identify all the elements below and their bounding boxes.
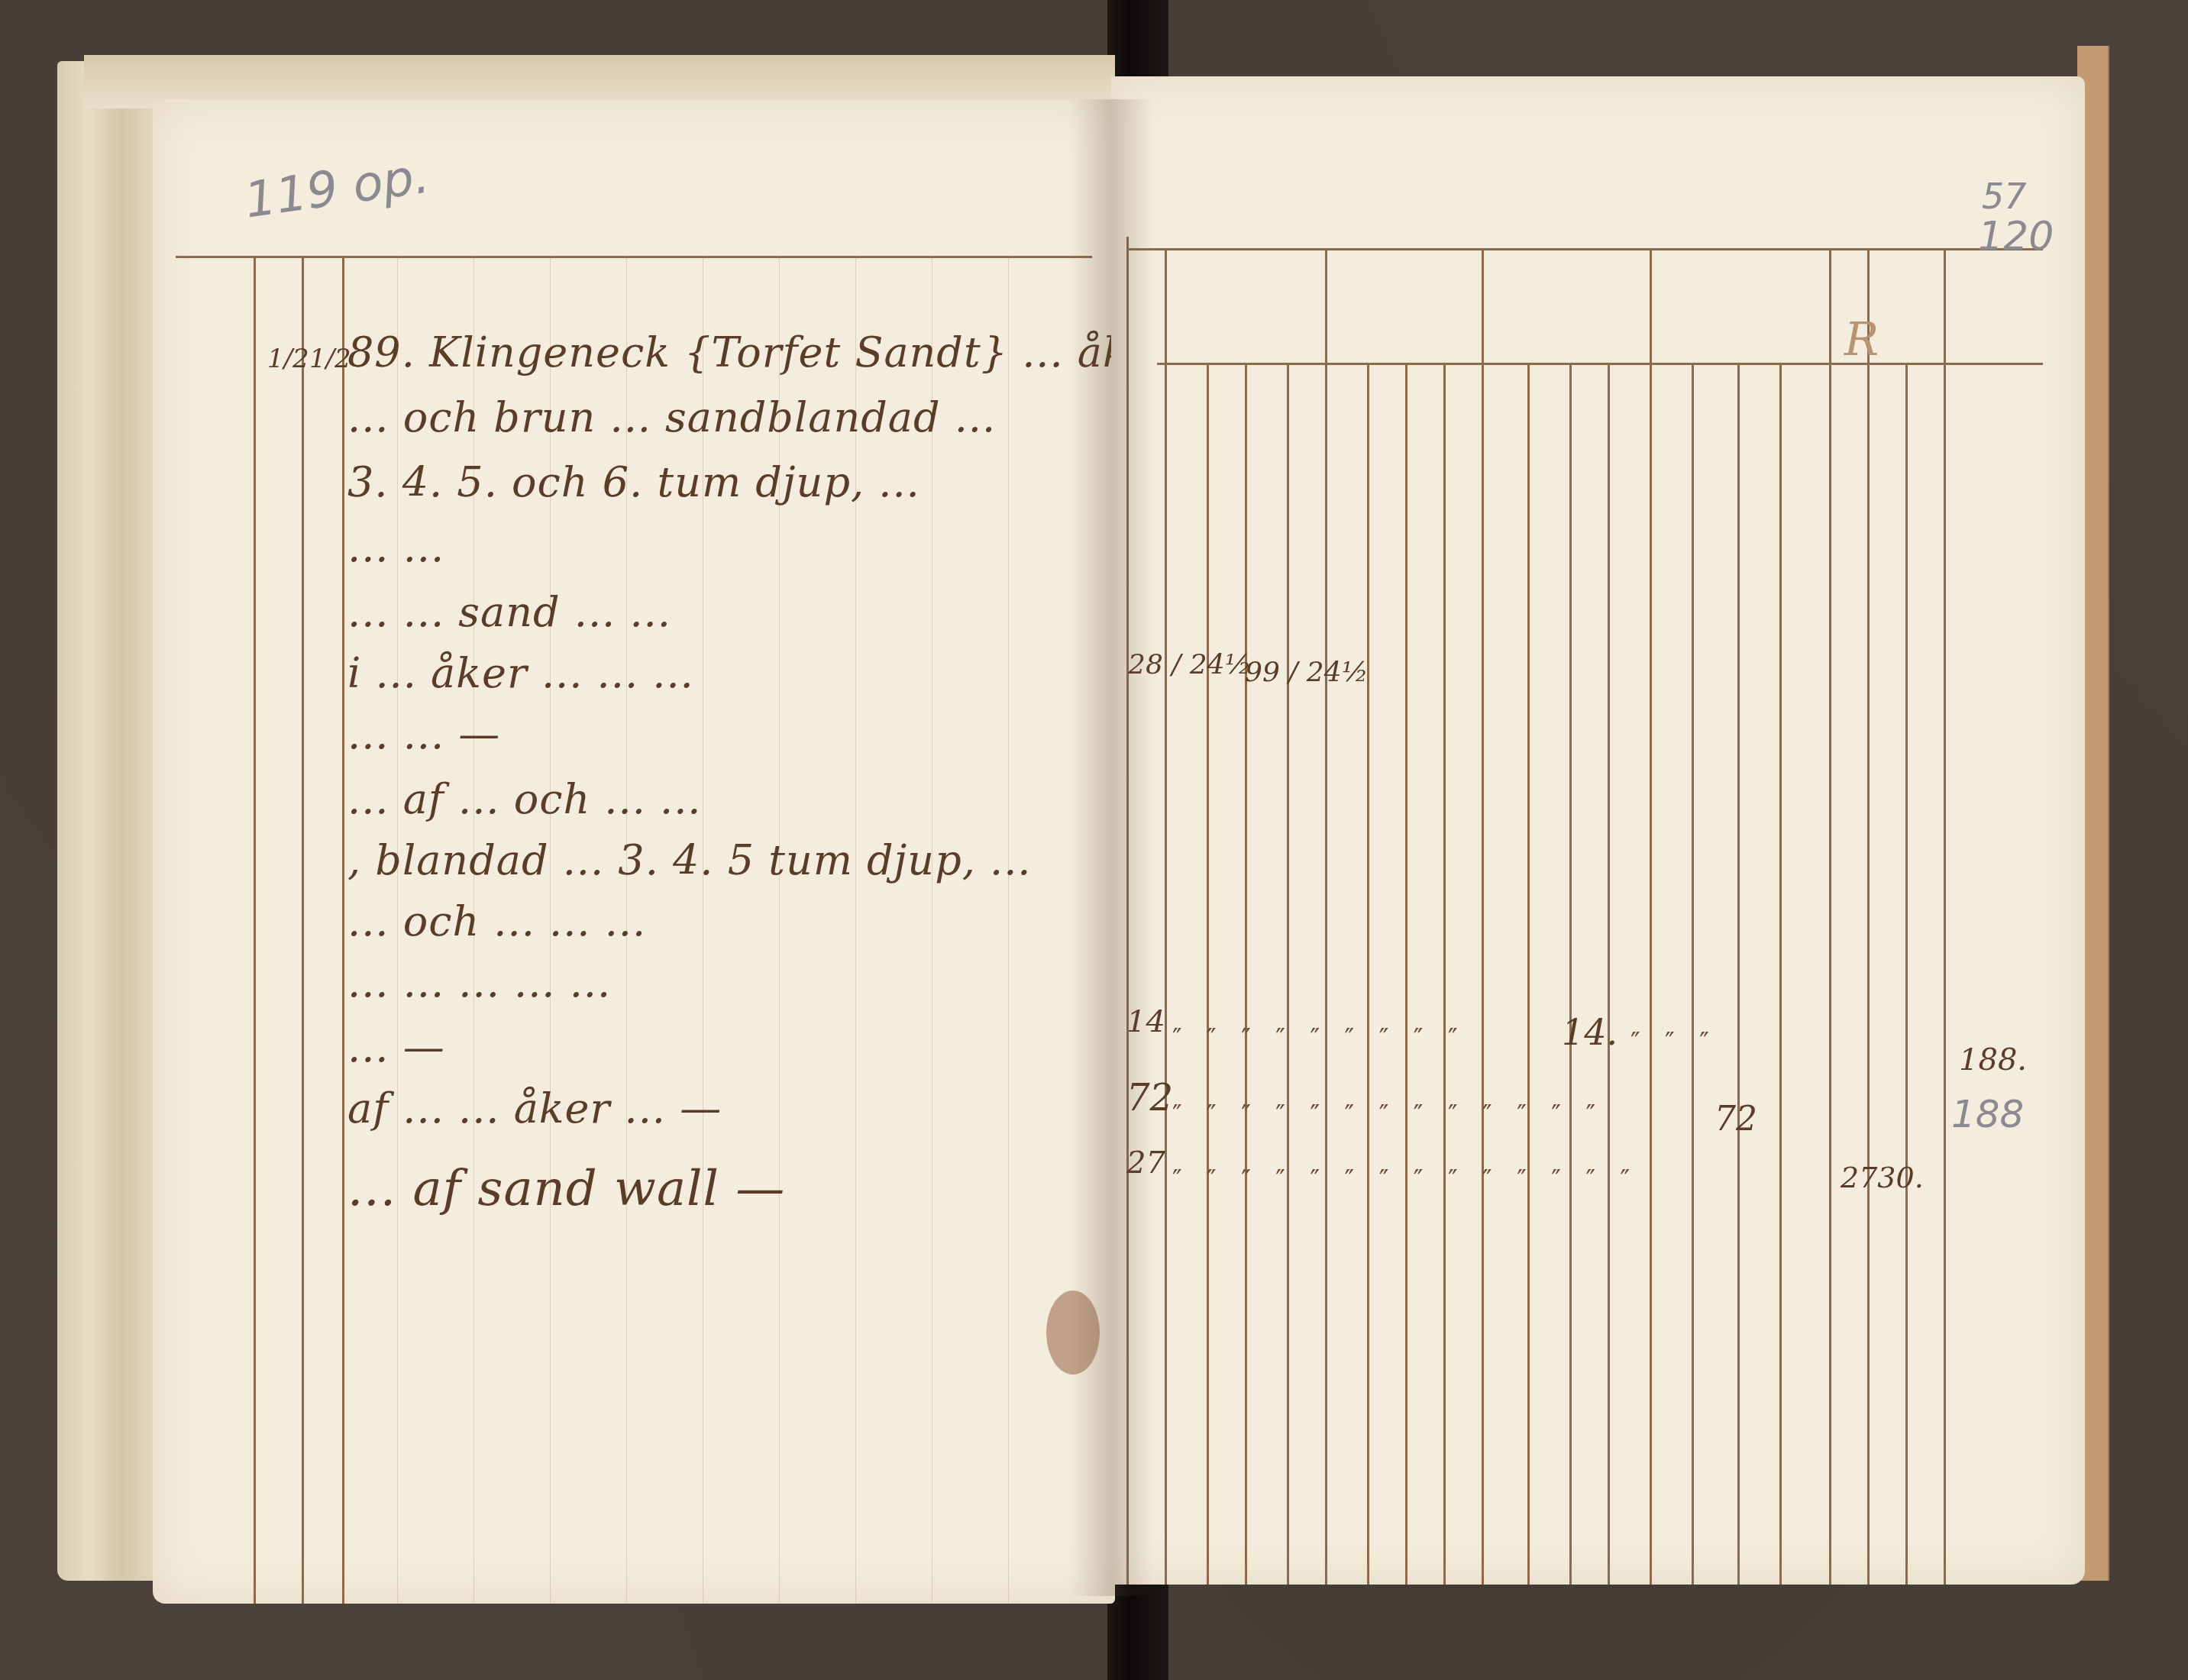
margin-total-pencil: 188 [1951, 1092, 2024, 1136]
text-line-14: ... af sand wall — [347, 1161, 785, 1217]
value-row4-right: 2730. [1841, 1161, 1924, 1194]
ditto-row-2b: ″ ″ ″ [1630, 1027, 1709, 1058]
text-line-5: ... ... sand ... ... [347, 588, 671, 636]
text-line-9: , blandad ... 3. 4. 5 tum djup, ... [347, 836, 1032, 884]
left-page: 119 op. 1/2 1/2 89. Klingeneck {Torfet S… [153, 99, 1115, 1604]
ditto-row-3: ″ ″ ″ ″ ″ ″ ″ ″ ″ ″ ″ ″ ″ [1172, 1100, 1595, 1130]
header-rule-top [1126, 248, 2043, 250]
column-head-mark: R [1844, 313, 1879, 367]
text-line-10: ... och ... ... ... [347, 897, 646, 945]
header-rule-bottom [1157, 363, 2043, 365]
text-line-6: i ... åker ... ... ... [347, 649, 694, 697]
value-row3-right: 72 [1715, 1100, 1757, 1139]
text-line-12: ... — [347, 1023, 445, 1071]
ditto-row-2: ″ ″ ″ ″ ″ ″ ″ ″ ″ [1172, 1023, 1458, 1054]
folio-number-2: 120 [1978, 214, 2054, 260]
value-row1-col2: 99 / 24½ [1245, 657, 1369, 688]
margin-total: 188. [1959, 1042, 2027, 1077]
text-line-8: ... af ... och ... ... [347, 775, 702, 823]
folio-number: 57 [1982, 176, 2027, 217]
value-row2-mid: 14. [1562, 1012, 1618, 1053]
margin-fraction-1: 1/2 [267, 344, 309, 374]
text-line-13: af ... ... åker ... — [347, 1084, 722, 1132]
ditto-row-4: ″ ″ ″ ″ ″ ″ ″ ″ ″ ″ ″ ″ ″ ″ [1172, 1165, 1630, 1195]
margin-rule-3 [342, 256, 344, 1604]
text-line-3: 3. 4. 5. och 6. tum djup, ... [347, 458, 920, 506]
page-edges-left [57, 61, 164, 1581]
text-line-2: ... och brun ... sandblandad ... [347, 393, 996, 441]
right-page: 57 120 R 28 / 24½ 99 / 24½ 14 ″ ″ ″ ″ ″ … [1111, 76, 2085, 1585]
margin-rule-1 [254, 256, 256, 1604]
text-line-7: ... ... — [347, 710, 500, 758]
header-rule [176, 256, 1092, 258]
text-line-4: ... ... [347, 523, 444, 571]
text-line-11: ... ... ... ... ... [347, 958, 611, 1006]
margin-rule-2 [302, 256, 304, 1604]
gutter-shadow [1069, 99, 1153, 1596]
pencil-note: 119 op. [241, 147, 433, 229]
margin-fraction-2: 1/2 [309, 344, 351, 374]
